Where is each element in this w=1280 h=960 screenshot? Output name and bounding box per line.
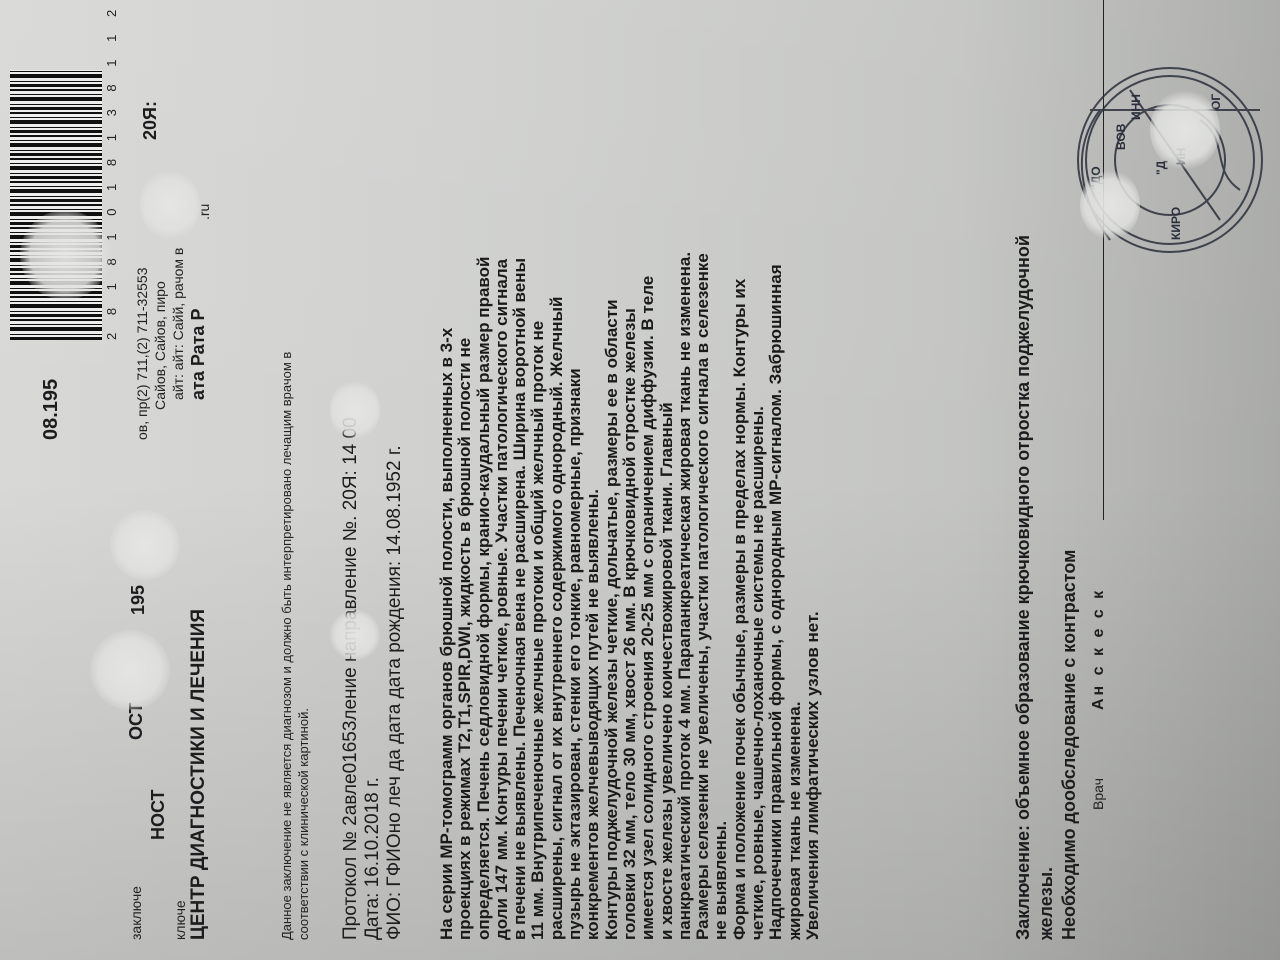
header-address-line-2: Сайов, Сайов, пиро xyxy=(152,281,168,410)
doctor-name: Ан с к е с к xyxy=(1090,588,1108,710)
findings-line: Размеры селезенки не увеличены, участки … xyxy=(694,252,712,940)
findings-line: проекциях в режимах T2,T1,SPIR,DWI, жидк… xyxy=(456,252,474,940)
findings-line: определяется. Печень седловидной формы, … xyxy=(475,252,493,940)
findings-line: и хвосте железы увеличено коичествожиров… xyxy=(658,252,676,940)
conclusion-line: Необходимо дообследование с контрастом xyxy=(1058,235,1081,940)
redaction-blur xyxy=(90,630,170,710)
findings-line: пузырь не эктазирован, стенки его тонкие… xyxy=(566,252,584,940)
findings-line: не выявлены. xyxy=(712,252,730,940)
disclaimer: Данное заключение не является диагнозом … xyxy=(278,352,312,940)
svg-text:КИРО: КИРО xyxy=(1169,207,1183,240)
findings-line: 11 мм. Внутрипеченочные желчные протоки … xyxy=(529,252,547,940)
header-year-fragment: 20Я: xyxy=(140,101,161,140)
patient-fio: ФИО: ГФИОно леч да дата дата рождения: 1… xyxy=(384,417,406,940)
center-title: ЦЕНТР ДИАГНОСТИКИ И ЛЕЧЕНИЯ xyxy=(188,609,210,940)
disclaimer-line: соответствии с клинической картиной. xyxy=(295,352,312,940)
svg-text:ИНН: ИНН xyxy=(1129,94,1143,120)
redaction-blur xyxy=(330,610,380,660)
redaction-blur xyxy=(1080,170,1140,240)
findings-line: четкие, ровные, чашечно-лоханочные систе… xyxy=(749,252,767,940)
findings-line: На серии МР-томограмм органов брюшной по… xyxy=(438,252,456,940)
findings-line: доли 147 мм. Контуры печени четкие, ровн… xyxy=(493,252,511,940)
header-org-name-1: НОСТ xyxy=(148,789,169,840)
findings-line: панкреатический проток 4 мм. Парапанкреа… xyxy=(676,252,694,940)
header-org-line-2: ключе xyxy=(172,900,188,940)
redaction-blur xyxy=(110,510,180,580)
findings-line: Увеличения лимфатических узлов нет. xyxy=(804,252,822,940)
findings-line: Контуры поджелудочной железы четкие, дол… xyxy=(603,252,621,940)
document-sheet: 2 8 1 8 1 0 1 8 1 3 8 1 1 2 08.195 заклю… xyxy=(0,0,1280,960)
findings-text: На серии МР-томограмм органов брюшной по… xyxy=(438,252,822,940)
protocol-number: Протокол № 2авле01653ление направление №… xyxy=(340,417,362,940)
header-address: ов, пр(2) 711,(2) 711-32553 xyxy=(134,268,150,441)
disclaimer-line: Данное заключение не является диагнозом … xyxy=(278,352,295,940)
findings-line: в печени не выявлены. Печеночная вена не… xyxy=(511,252,529,940)
findings-line: конкрементов желчевыводящих путей не выя… xyxy=(584,252,602,940)
header-number-fragment: 195 xyxy=(128,585,149,615)
findings-line: Надпочечники правильной формы, с однород… xyxy=(767,252,785,940)
redaction-blur xyxy=(330,380,380,440)
conclusion-line: Заключение: объемное образование крючков… xyxy=(1012,235,1035,940)
header-org-line-1: заключе xyxy=(128,886,144,940)
header-site-line: айт: айт: Сайй, рачом в xyxy=(170,248,186,400)
findings-line: расширены, сигнал от их внутреннего соде… xyxy=(548,252,566,940)
header-date-fragment: 08.195 xyxy=(40,379,63,440)
protocol-date: Дата: 16.10.2018 г. xyxy=(362,417,384,940)
barcode-digits: 2 8 1 8 1 0 1 8 1 3 8 1 1 2 xyxy=(104,3,119,340)
findings-line: имеется узел солидного строения 20-25 мм… xyxy=(639,252,657,940)
svg-text:ВОВ: ВОВ xyxy=(1114,123,1128,150)
findings-line: головки 32 мм, тело 30 мм, хвост 26 мм. … xyxy=(621,252,639,940)
doctor-label: Врач xyxy=(1090,778,1106,810)
redaction-blur xyxy=(1150,90,1220,170)
conclusion-line: железы. xyxy=(1035,235,1058,940)
findings-line: жировая ткань не изменена. xyxy=(786,252,804,940)
header-date-fragment-2: ата Рата Р xyxy=(188,309,209,400)
redaction-blur xyxy=(140,170,200,240)
redaction-blur xyxy=(20,210,110,300)
protocol-block: Протокол № 2авле01653ление направление №… xyxy=(340,417,406,940)
conclusion-block: Заключение: объемное образование крючков… xyxy=(1012,235,1081,940)
barcode xyxy=(10,70,102,340)
findings-line: Форма и положение почек обычные, размеры… xyxy=(731,252,749,940)
